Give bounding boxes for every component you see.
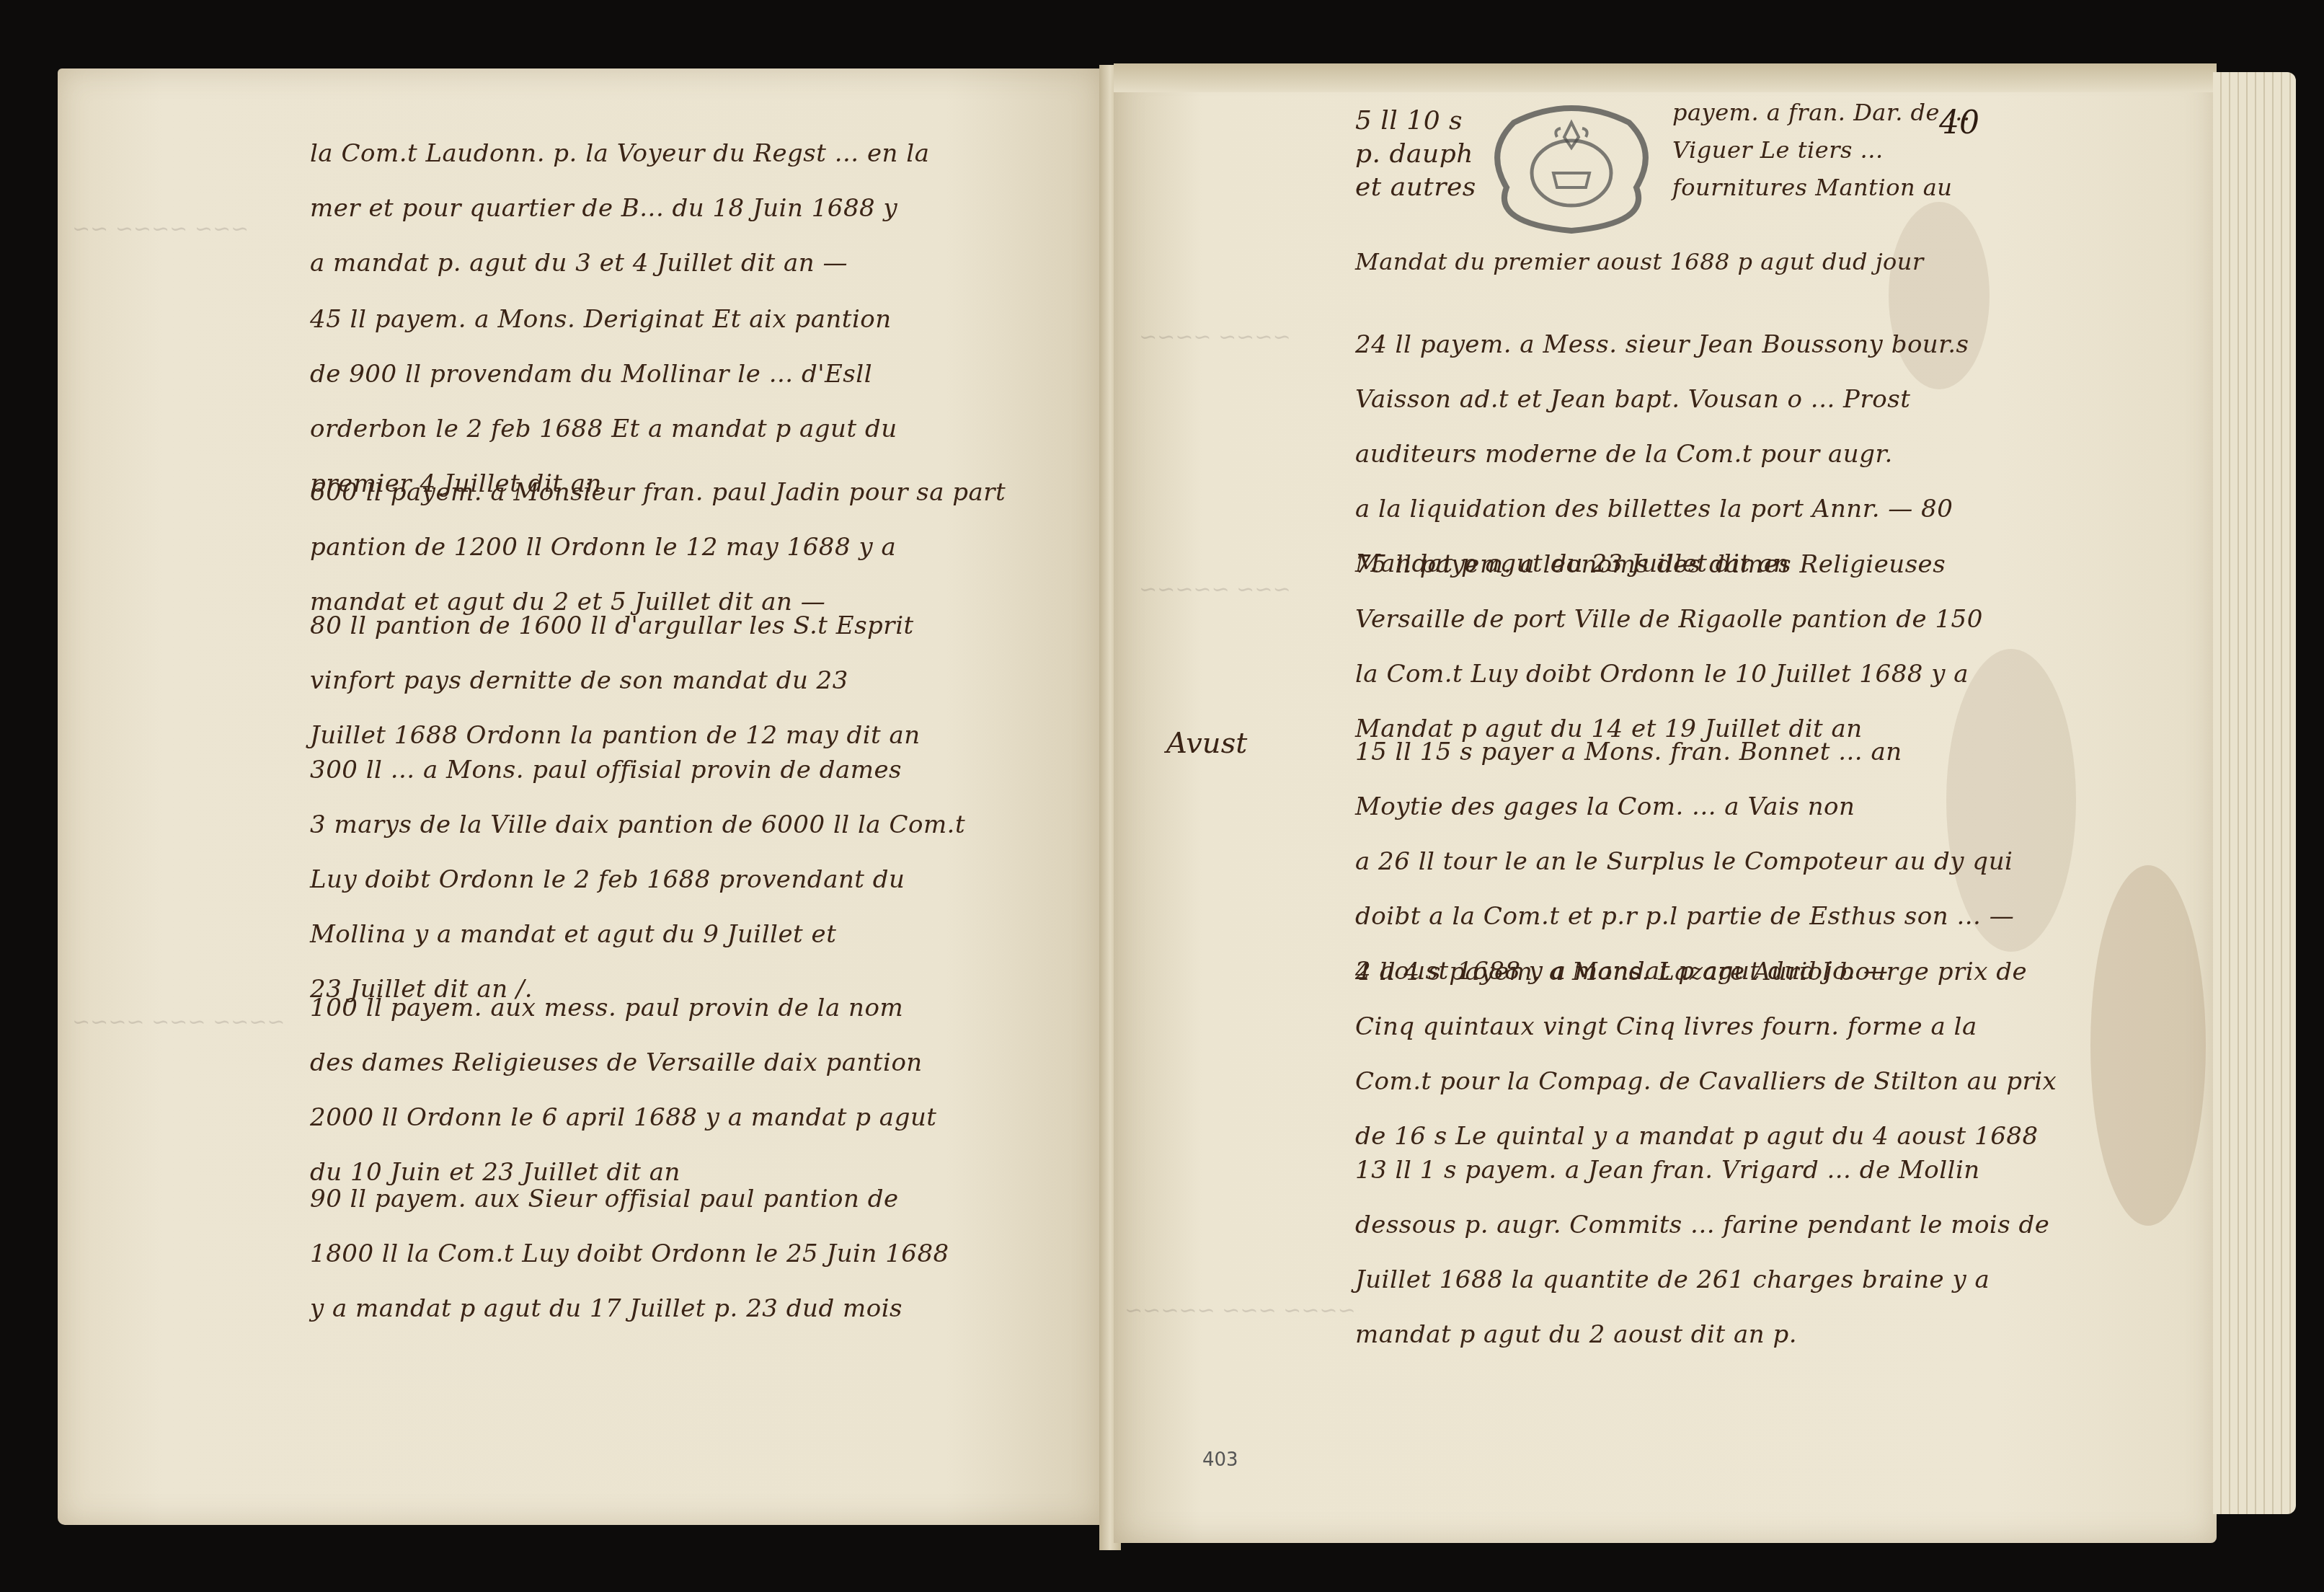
ledger-entry: payem. a fran. Dar. de ... Viguer Le tie… [1672, 94, 1971, 206]
ledger-entry: la Com.t Laudonn. p. la Voyeur du Regst … [310, 126, 929, 291]
entry-line: fournitures Mantion au [1672, 169, 1971, 206]
entry-line: Vaisson ad.t et Jean bapt. Vousan o ... … [1355, 372, 1969, 427]
entry-line: 1800 ll la Com.t Luy doibt Ordonn le 25 … [310, 1226, 949, 1281]
entry-line: 300 ll ... a Mons. paul offisial provin … [310, 743, 965, 797]
entry-line: a mandat p. agut du 3 et 4 Juillet dit a… [310, 236, 929, 291]
entry-line: 600 ll payem. a Monsieur fran. paul Jadi… [310, 465, 1006, 520]
entry-line: y a mandat p agut du 17 Juillet p. 23 du… [310, 1281, 949, 1336]
entry-line: 4 ll 4 s payem. a Mons. Lazare Auriol bo… [1355, 945, 2057, 999]
seal-stamp-icon [1485, 94, 1658, 238]
entry-line: et autres [1355, 160, 1476, 215]
entry-line: la Com.t Laudonn. p. la Voyeur du Regst … [310, 126, 929, 181]
ledger-entry: 100 ll payem. aux mess. paul provin de l… [310, 981, 936, 1200]
entry-line: payem. a fran. Dar. de ... [1672, 94, 1971, 131]
ledger-entry: 80 ll pantion de 1600 ll d'argullar les … [310, 598, 921, 763]
entry-line: de 900 ll provendam du Mollinar le ... d… [310, 347, 897, 402]
entry-line: Com.t pour la Compag. de Cavalliers de S… [1355, 1054, 2057, 1109]
entry-line: vinfort pays dernitte de son mandat du 2… [310, 653, 921, 708]
entry-line: mer et pour quartier de B... du 18 Juin … [310, 181, 929, 236]
ledger-entry-continuation: Mandat du premier aoust 1688 p agut dud … [1355, 234, 1924, 289]
ledger-entry: 13 ll 1 s payem. a Jean fran. Vrigard ..… [1355, 1143, 2049, 1362]
entry-line: Juillet 1688 la quantite de 261 charges … [1355, 1252, 2049, 1307]
right-page-top-edge [1114, 63, 2217, 92]
page-edges [2213, 72, 2296, 1514]
entry-line: mandat p agut du 2 aoust dit an p. [1355, 1307, 2049, 1362]
entry-line: orderbon le 2 feb 1688 Et a mandat p agu… [310, 402, 897, 456]
entry-line: la Com.t Luy doibt Ordonn le 10 Juillet … [1355, 647, 1983, 702]
entry-line: a la liquidation des billettes la port A… [1355, 482, 1969, 536]
margin-note-month: Avust [1166, 727, 1247, 760]
entry-line: des dames Religieuses de Versaille daix … [310, 1035, 936, 1090]
entry-line: doibt a la Com.t et p.r p.l partie de Es… [1355, 889, 2014, 944]
pencil-folio-number: 403 [1202, 1449, 1238, 1471]
entry-line: Luy doibt Ordonn le 2 feb 1688 provendan… [310, 852, 965, 907]
entry-line: Moytie des gages la Com. ... a Vais non [1355, 779, 2014, 834]
bleed-through-text: ~~~ ~~~~~ [1139, 577, 1291, 602]
entry-line: 3 marys de la Ville daix pantion de 6000… [310, 797, 965, 852]
entry-line: 2000 ll Ordonn le 6 april 1688 y a manda… [310, 1090, 936, 1145]
entry-line: 24 ll payem. a Mess. sieur Jean Boussony… [1355, 317, 1969, 372]
entry-line: Mollina y a mandat et agut du 9 Juillet … [310, 907, 965, 962]
water-stain [2090, 865, 2206, 1226]
bleed-through-text: ~~~~ ~~~~ [1139, 324, 1291, 350]
entry-line: 45 ll payem. a Mons. Deriginat Et aix pa… [310, 292, 897, 347]
entry-line: 100 ll payem. aux mess. paul provin de l… [310, 981, 936, 1035]
entry-line: Versaille de port Ville de Rigaolle pant… [1355, 592, 1983, 647]
header-note: 5 ll 10 s p. dauph et autres [1355, 94, 1476, 215]
entry-line: 75 ll payem. a leonoms des dames Religie… [1355, 537, 1983, 592]
bleed-through-text: ~~~~ ~~~ ~~~~ [72, 1009, 285, 1035]
bleed-through-text: ~~~ ~~~~ ~~ [72, 216, 249, 242]
ledger-entry: 90 ll payem. aux Sieur offisial paul pan… [310, 1172, 949, 1336]
entry-line: Cinq quintaux vingt Cinq livres fourn. f… [1355, 999, 2057, 1054]
ledger-entry: 75 ll payem. a leonoms des dames Religie… [1355, 537, 1983, 756]
entry-line: Viguer Le tiers ... [1672, 131, 1971, 169]
entry-line: auditeurs moderne de la Com.t pour augr. [1355, 427, 1969, 482]
open-register-book: ~~~ ~~~~ ~~ ~~~~ ~~~ ~~~~ ~~~~ ~~~~ ~~~ … [0, 0, 2324, 1592]
ledger-entry: 300 ll ... a Mons. paul offisial provin … [310, 743, 965, 1017]
entry-line: 90 ll payem. aux Sieur offisial paul pan… [310, 1172, 949, 1226]
ledger-entry: 4 ll 4 s payem. a Mons. Lazare Auriol bo… [1355, 945, 2057, 1164]
entry-line: pantion de 1200 ll Ordonn le 12 may 1688… [310, 520, 1006, 575]
entry-line: 80 ll pantion de 1600 ll d'argullar les … [310, 598, 921, 653]
bleed-through-text: ~~~~ ~~~ ~~~~~ [1125, 1298, 1356, 1323]
entry-line: Mandat du premier aoust 1688 p agut dud … [1355, 234, 1924, 289]
entry-line: 15 ll 15 s payer a Mons. fran. Bonnet ..… [1355, 725, 2014, 779]
entry-line: 13 ll 1 s payem. a Jean fran. Vrigard ..… [1355, 1143, 2049, 1198]
entry-line: a 26 ll tour le an le Surplus le Compote… [1355, 834, 2014, 889]
entry-line: dessous p. augr. Commits ... farine pend… [1355, 1198, 2049, 1252]
